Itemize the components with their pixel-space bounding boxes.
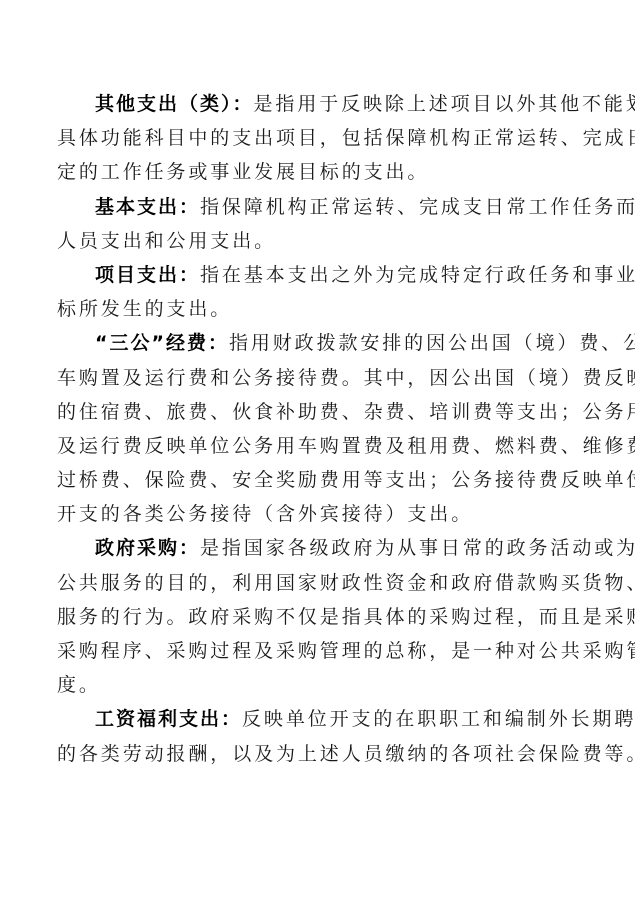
term-label: 工资福利支出： (95, 708, 242, 730)
paragraph-government-procurement: 政府采购：是指国家各级政府为从事日常的政务活动或为了满足 公共服务的目的，利用国… (57, 531, 577, 702)
paragraph-line: 具体功能科目中的支出项目，包括保障机构正常运转、完成日常和特 (57, 121, 577, 155)
paragraph-basic-expenditure: 基本支出：指保障机构正常运转、完成支日常工作任务而发生的 人员支出和公用支出。 (57, 190, 577, 258)
paragraph-line: 指保障机构正常运转、完成支日常工作任务而发生的 (200, 196, 635, 218)
term-label: “三公”经费： (95, 332, 229, 354)
paragraph-project-expenditure: 项目支出：指在基本支出之外为完成特定行政任务和事业发展目 标所发生的支出。 (57, 258, 577, 326)
paragraph-line: 人员支出和公用支出。 (57, 224, 577, 258)
term-label: 政府采购： (95, 537, 200, 559)
paragraph-line: 标所发生的支出。 (57, 292, 577, 326)
paragraph-wage-welfare: 工资福利支出：反映单位开支的在职职工和编制外长期聘用人员 的各类劳动报酬，以及为… (57, 702, 577, 770)
paragraph-line: 服务的行为。政府采购不仅是指具体的采购过程，而且是采购政策、 (57, 600, 577, 634)
paragraph-line: 度。 (57, 668, 577, 702)
term-label: 基本支出： (95, 196, 200, 218)
paragraph-line: 公共服务的目的，利用国家财政性资金和政府借款购买货物、工程和 (57, 566, 577, 600)
paragraph-line: 反映单位开支的在职职工和编制外长期聘用人员 (242, 708, 635, 730)
paragraph-line: 是指用于反映除上述项目以外其他不能划分到 (254, 93, 635, 115)
paragraph-line: 指用财政拨款安排的因公出国（境）费、公务用 (229, 332, 635, 354)
paragraph-line: 指在基本支出之外为完成特定行政任务和事业发展目 (200, 264, 635, 286)
term-label: 其他支出（类）： (95, 93, 254, 115)
term-label: 项目支出： (95, 264, 200, 286)
paragraph-line: 的住宿费、旅费、伙食补助费、杂费、培训费等支出；公务用车购置 (57, 395, 577, 429)
document-page: 其他支出（类）：是指用于反映除上述项目以外其他不能划分到 具体功能科目中的支出项… (57, 87, 577, 771)
paragraph-line: 开支的各类公务接待（含外宾接待）支出。 (57, 497, 577, 531)
paragraph-line: 过桥费、保险费、安全奖励费用等支出；公务接待费反映单位按规定 (57, 463, 577, 497)
paragraph-line: 定的工作任务或事业发展目标的支出。 (57, 155, 577, 189)
paragraph-line: 及运行费反映单位公务用车购置费及租用费、燃料费、维修费、过路 (57, 429, 577, 463)
paragraph-line: 采购程序、采购过程及采购管理的总称，是一种对公共采购管理的制 (57, 634, 577, 668)
paragraph-other-expenditure: 其他支出（类）：是指用于反映除上述项目以外其他不能划分到 具体功能科目中的支出项… (57, 87, 577, 190)
paragraph-three-public-expenses: “三公”经费：指用财政拨款安排的因公出国（境）费、公务用 车购置及运行费和公务接… (57, 326, 577, 531)
paragraph-line: 的各类劳动报酬，以及为上述人员缴纳的各项社会保险费等。 (57, 737, 577, 771)
paragraph-line: 车购置及运行费和公务接待费。其中，因公出国（境）费反映出国（境） (57, 361, 577, 395)
paragraph-line: 是指国家各级政府为从事日常的政务活动或为了满足 (200, 537, 635, 559)
